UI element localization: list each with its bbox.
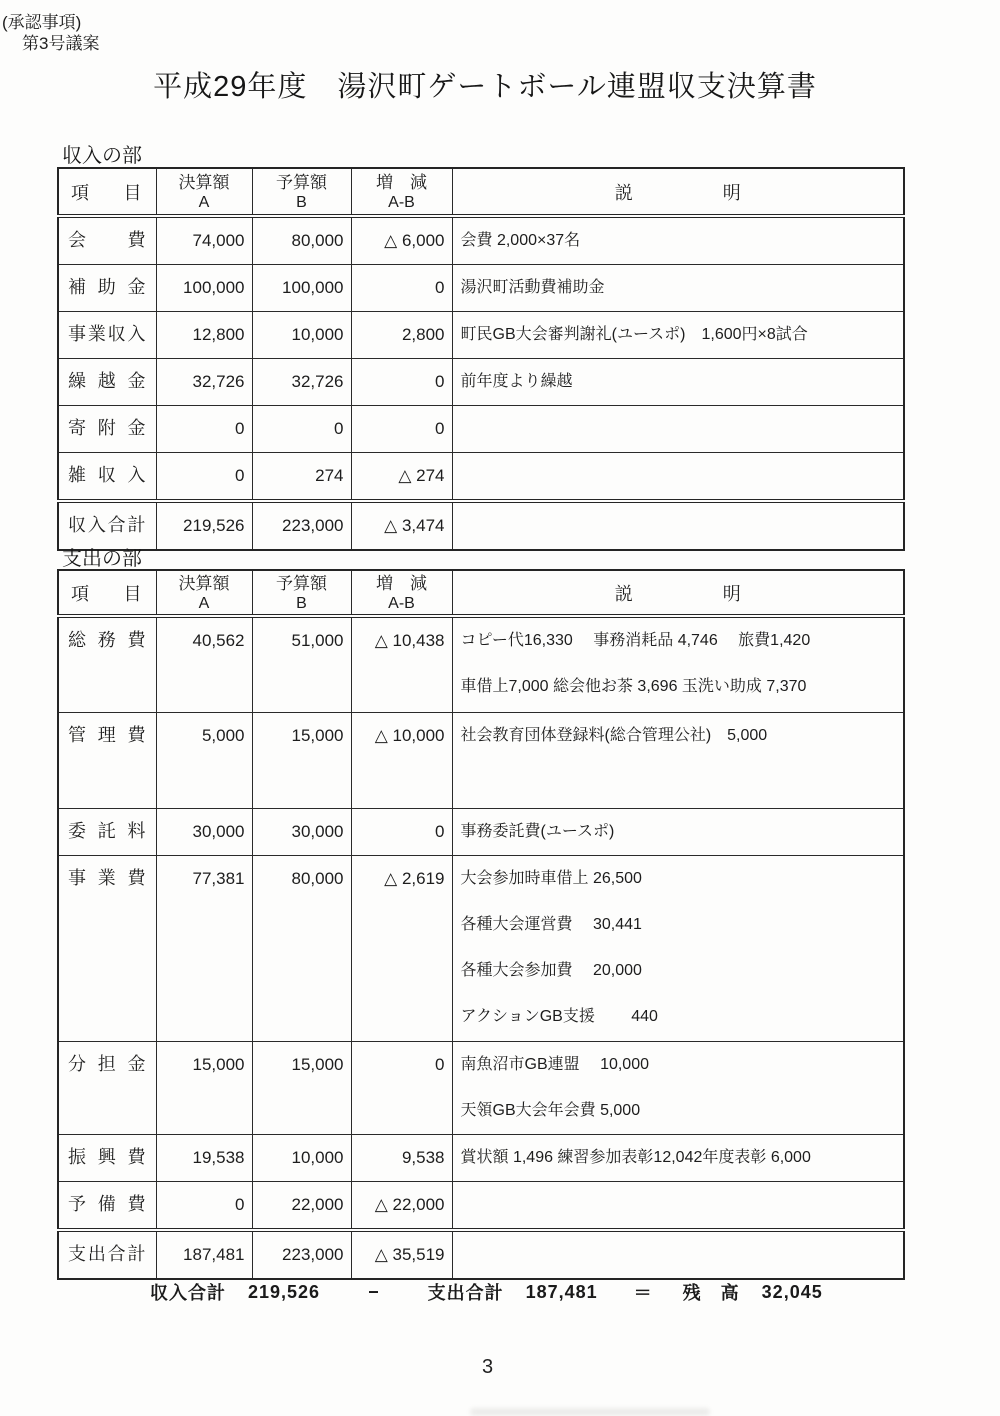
table-row: 総務費 40,562 51,000 △ 10,438 コピー代16,330 事務… xyxy=(58,616,904,712)
cell-item: 分担金 xyxy=(58,1041,156,1134)
cell-settled: 100,000 xyxy=(156,265,252,312)
table-row: 事業収入 12,800 10,000 2,800 町民GB大会審判謝礼(ユースポ… xyxy=(58,312,904,359)
cell-settled: 187,481 xyxy=(156,1230,252,1279)
cell-settled: 32,726 xyxy=(156,359,252,406)
cell-budget: 274 xyxy=(252,453,351,502)
expense-table: 項 目 決算額A 予算額B 増 減A-B 説 明 総務費 40,562 51,0… xyxy=(57,569,905,1280)
cell-settled: 0 xyxy=(156,453,252,502)
cell-description: 町民GB大会審判謝礼(ユースポ) 1,600円×8試合 xyxy=(452,312,904,359)
cell-description: 会費 2,000×37名 xyxy=(452,216,904,265)
cell-item: 支出合計 xyxy=(58,1230,156,1279)
cell-description xyxy=(452,406,904,453)
cell-change: △ 22,000 xyxy=(351,1181,452,1230)
summary-income-label: 収入合計 xyxy=(150,1279,226,1305)
cell-budget: 100,000 xyxy=(252,265,351,312)
table-row: 寄附金 0 0 0 xyxy=(58,406,904,453)
cell-item: 委託料 xyxy=(58,808,156,855)
cell-budget: 80,000 xyxy=(252,216,351,265)
table-row: 管理費 5,000 15,000 △ 10,000 社会教育団体登録料(総合管理… xyxy=(58,712,904,808)
cell-change: 2,800 xyxy=(351,312,452,359)
cell-item: 予備費 xyxy=(58,1181,156,1230)
approval-note: (承認事項) xyxy=(2,12,99,33)
cell-description: 賞状額 1,496 練習参加表彰12,042年度表彰 6,000 xyxy=(452,1134,904,1181)
cell-settled: 40,562 xyxy=(156,616,252,712)
corner-note: (承認事項) 第3号議案 xyxy=(2,12,99,54)
table-row: 会費 74,000 80,000 △ 6,000 会費 2,000×37名 xyxy=(58,216,904,265)
cell-item: 総務費 xyxy=(58,616,156,712)
table-row: 補助金 100,000 100,000 0 湯沢町活動費補助金 xyxy=(58,265,904,312)
cell-change: △ 274 xyxy=(351,453,452,502)
cell-change: 0 xyxy=(351,265,452,312)
cell-settled: 30,000 xyxy=(156,808,252,855)
cell-item: 事業費 xyxy=(58,855,156,1041)
col-header-change: 増 減A-B xyxy=(351,168,452,216)
col-header-budget: 予算額B xyxy=(252,570,351,616)
cell-settled: 74,000 xyxy=(156,216,252,265)
equals-sign: ＝ xyxy=(634,1279,653,1305)
cell-item: 雑収入 xyxy=(58,453,156,502)
agenda-number: 第3号議案 xyxy=(22,33,99,54)
summary-balance-value: 32,045 xyxy=(762,1282,823,1303)
cell-budget: 223,000 xyxy=(252,501,351,550)
cell-description: 前年度より繰越 xyxy=(452,359,904,406)
cell-description xyxy=(452,453,904,502)
cell-change: △ 2,619 xyxy=(351,855,452,1041)
income-header-row: 項 目 決算額A 予算額B 増 減A-B 説 明 xyxy=(58,168,904,216)
table-row: 雑収入 0 274 △ 274 xyxy=(58,453,904,502)
cell-item: 会費 xyxy=(58,216,156,265)
cell-item: 繰越金 xyxy=(58,359,156,406)
summary-balance-label: 残 高 xyxy=(683,1279,740,1305)
balance-summary-line: 収入合計 219,526 − 支出合計 187,481 ＝ 残 高 32,045 xyxy=(150,1279,823,1305)
cell-change: 0 xyxy=(351,1041,452,1134)
cell-item: 寄附金 xyxy=(58,406,156,453)
cell-budget: 15,000 xyxy=(252,1041,351,1134)
cell-budget: 223,000 xyxy=(252,1230,351,1279)
cell-budget: 22,000 xyxy=(252,1181,351,1230)
cell-description: 湯沢町活動費補助金 xyxy=(452,265,904,312)
cell-description xyxy=(452,1230,904,1279)
cell-change: 0 xyxy=(351,359,452,406)
cell-description: コピー代16,330 事務消耗品 4,746 旅費1,420 車借上7,000 … xyxy=(452,616,904,712)
cell-description xyxy=(452,501,904,550)
cell-change: △ 35,519 xyxy=(351,1230,452,1279)
income-section-label: 収入の部 xyxy=(62,139,142,168)
col-header-description: 説 明 xyxy=(452,570,904,616)
cell-budget: 15,000 xyxy=(252,712,351,808)
cell-description: 社会教育団体登録料(総合管理公社) 5,000 xyxy=(452,712,904,808)
table-row: 委託料 30,000 30,000 0 事務委託費(ユースポ) xyxy=(58,808,904,855)
cell-budget: 30,000 xyxy=(252,808,351,855)
cell-change: 0 xyxy=(351,406,452,453)
page-title: 平成29年度 湯沢町ゲートボール連盟収支決算書 xyxy=(0,64,970,105)
cell-settled: 15,000 xyxy=(156,1041,252,1134)
table-row: 分担金 15,000 15,000 0 南魚沼市GB連盟 10,000 天領GB… xyxy=(58,1041,904,1134)
minus-sign: − xyxy=(368,1282,380,1303)
cell-budget: 51,000 xyxy=(252,616,351,712)
cell-description xyxy=(452,1181,904,1230)
table-row: 振興費 19,538 10,000 9,538 賞状額 1,496 練習参加表彰… xyxy=(58,1134,904,1181)
scanned-document-page: (承認事項) 第3号議案 平成29年度 湯沢町ゲートボール連盟収支決算書 収入の… xyxy=(0,0,1000,1416)
cell-settled: 5,000 xyxy=(156,712,252,808)
cell-change: △ 10,438 xyxy=(351,616,452,712)
col-header-budget: 予算額B xyxy=(252,168,351,216)
cell-change: △ 3,474 xyxy=(351,501,452,550)
cell-change: △ 6,000 xyxy=(351,216,452,265)
scan-artifact xyxy=(470,1408,710,1416)
cell-item: 管理費 xyxy=(58,712,156,808)
page-number: 3 xyxy=(0,1356,975,1379)
cell-change: 9,538 xyxy=(351,1134,452,1181)
cell-item: 事業収入 xyxy=(58,312,156,359)
table-row: 事業費 77,381 80,000 △ 2,619 大会参加時車借上 26,50… xyxy=(58,855,904,1041)
cell-change: 0 xyxy=(351,808,452,855)
expense-total-row: 支出合計 187,481 223,000 △ 35,519 xyxy=(58,1230,904,1279)
cell-settled: 19,538 xyxy=(156,1134,252,1181)
col-header-description: 説 明 xyxy=(452,168,904,216)
cell-change: △ 10,000 xyxy=(351,712,452,808)
expense-header-row: 項 目 決算額A 予算額B 増 減A-B 説 明 xyxy=(58,570,904,616)
cell-description: 事務委託費(ユースポ) xyxy=(452,808,904,855)
cell-budget: 80,000 xyxy=(252,855,351,1041)
expense-section-label: 支出の部 xyxy=(62,542,142,571)
cell-settled: 12,800 xyxy=(156,312,252,359)
cell-settled: 77,381 xyxy=(156,855,252,1041)
cell-description: 南魚沼市GB連盟 10,000 天領GB大会年会費 5,000 xyxy=(452,1041,904,1134)
table-row: 予備費 0 22,000 △ 22,000 xyxy=(58,1181,904,1230)
cell-budget: 10,000 xyxy=(252,312,351,359)
col-header-settled: 決算額A xyxy=(156,168,252,216)
summary-expense-value: 187,481 xyxy=(526,1282,598,1303)
summary-income-value: 219,526 xyxy=(248,1282,320,1303)
cell-budget: 10,000 xyxy=(252,1134,351,1181)
table-row: 繰越金 32,726 32,726 0 前年度より繰越 xyxy=(58,359,904,406)
summary-expense-label: 支出合計 xyxy=(428,1279,504,1305)
cell-settled: 0 xyxy=(156,406,252,453)
col-header-item: 項 目 xyxy=(58,168,156,216)
cell-settled: 0 xyxy=(156,1181,252,1230)
cell-budget: 0 xyxy=(252,406,351,453)
income-total-row: 収入合計 219,526 223,000 △ 3,474 xyxy=(58,501,904,550)
income-table: 項 目 決算額A 予算額B 増 減A-B 説 明 会費 74,000 80,00… xyxy=(57,167,905,551)
cell-item: 補助金 xyxy=(58,265,156,312)
cell-description: 大会参加時車借上 26,500 各種大会運営費 30,441 各種大会参加費 2… xyxy=(452,855,904,1041)
cell-settled: 219,526 xyxy=(156,501,252,550)
col-header-item: 項 目 xyxy=(58,570,156,616)
cell-item: 振興費 xyxy=(58,1134,156,1181)
col-header-settled: 決算額A xyxy=(156,570,252,616)
cell-budget: 32,726 xyxy=(252,359,351,406)
col-header-change: 増 減A-B xyxy=(351,570,452,616)
